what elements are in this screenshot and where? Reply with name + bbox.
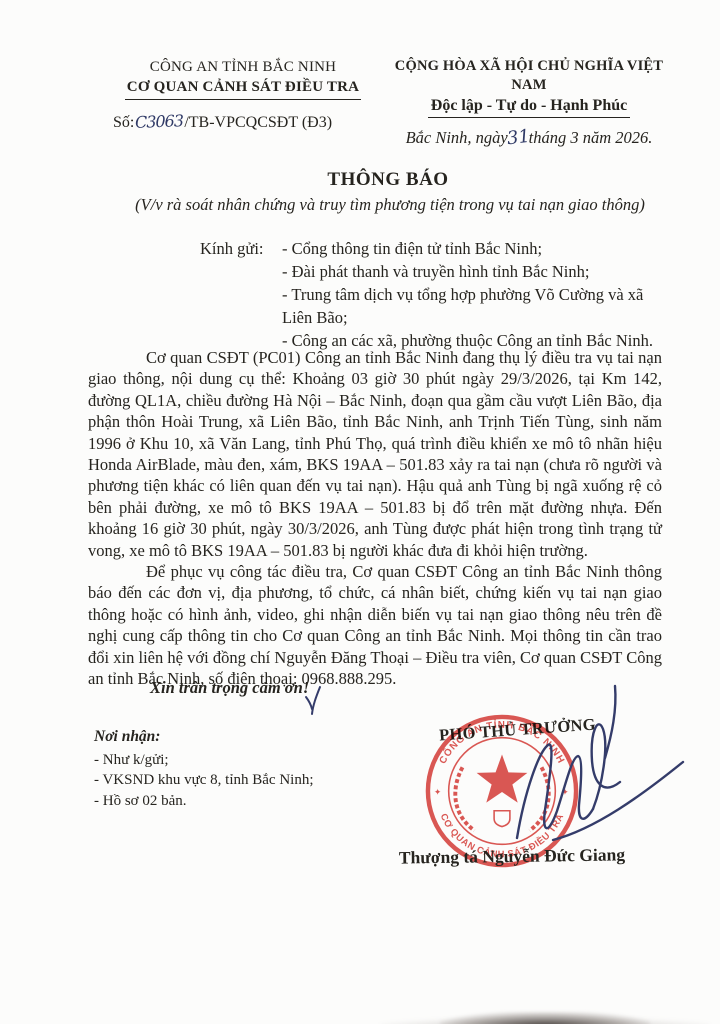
- recipients-list: - Cổng thông tin điện tử tỉnh Bắc Ninh; …: [282, 237, 670, 352]
- national-header: CỘNG HÒA XÃ HỘI CHỦ NGHĨA VIỆT NAM: [383, 57, 675, 95]
- recipient-item: - Trung tâm dịch vụ tổng hợp phường Võ C…: [282, 283, 670, 329]
- body-paragraph-2: Để phục vụ công tác điều tra, Cơ quan CS…: [88, 561, 662, 689]
- header-left: CÔNG AN TỈNH BẮC NINH CƠ QUAN CẢNH SÁT Đ…: [116, 57, 370, 100]
- document-title: THÔNG BÁO: [28, 169, 720, 191]
- agency-name: CƠ QUAN CẢNH SÁT ĐIỀU TRA: [125, 77, 361, 100]
- body-paragraph-1: Cơ quan CSĐT (PC01) Công an tỉnh Bắc Nin…: [88, 347, 662, 561]
- place-date-line: Bắc Ninh, ngày31tháng 3 năm 2026.: [383, 127, 675, 148]
- closing-line: Xin trân trọng cảm ơn!: [150, 678, 309, 698]
- doc-number-line: Số:C3063/TB-VPCQCSĐT (Đ3): [113, 112, 332, 132]
- document-body: Cơ quan CSĐT (PC01) Công an tỉnh Bắc Nin…: [88, 347, 662, 690]
- document-subtitle: (V/v rà soát nhân chứng và truy tìm phươ…: [30, 195, 720, 215]
- signer-name: Thượng tá Nguyễn Đức Giang: [393, 844, 631, 868]
- noi-nhan-item: - VKSND khu vực 8, tỉnh Bắc Ninh;: [94, 770, 314, 791]
- recipient-item: - Đài phát thanh và truyền hình tỉnh Bắc…: [282, 260, 670, 283]
- scan-shadow: [440, 1012, 650, 1024]
- header-right: CỘNG HÒA XÃ HỘI CHỦ NGHĨA VIỆT NAM Độc l…: [383, 57, 675, 148]
- doc-number-handwritten: C3063: [135, 111, 184, 132]
- stamp-star-separator: ✦: [434, 787, 442, 797]
- doc-number-label: Số:: [113, 114, 134, 131]
- noi-nhan-item: - Như k/gửi;: [94, 750, 314, 771]
- national-motto: Độc lập - Tự do - Hạnh Phúc: [428, 97, 630, 118]
- noi-nhan-label: Nơi nhận:: [94, 727, 314, 748]
- pen-tick-icon: [303, 684, 325, 716]
- signature-stroke-icon: [445, 672, 695, 850]
- doc-number-suffix: /TB-VPCQCSĐT (Đ3): [184, 114, 332, 131]
- recipient-item: - Cổng thông tin điện tử tỉnh Bắc Ninh;: [282, 237, 670, 260]
- date-day-handwritten: 31: [506, 126, 531, 150]
- org-name: CÔNG AN TỈNH BẮC NINH: [116, 57, 370, 77]
- document-page: CÔNG AN TỈNH BẮC NINH CƠ QUAN CẢNH SÁT Đ…: [0, 0, 720, 1024]
- recipients-block: Kính gửi: - Cổng thông tin điện tử tỉnh …: [200, 237, 670, 352]
- recipients-label: Kính gửi:: [200, 237, 264, 260]
- noi-nhan-item: - Hồ sơ 02 bản.: [94, 791, 314, 812]
- date-suffix: tháng 3 năm 2026.: [529, 128, 653, 147]
- noi-nhan-block: Nơi nhận: - Như k/gửi; - VKSND khu vực 8…: [94, 727, 314, 811]
- date-prefix: Bắc Ninh, ngày: [406, 128, 508, 147]
